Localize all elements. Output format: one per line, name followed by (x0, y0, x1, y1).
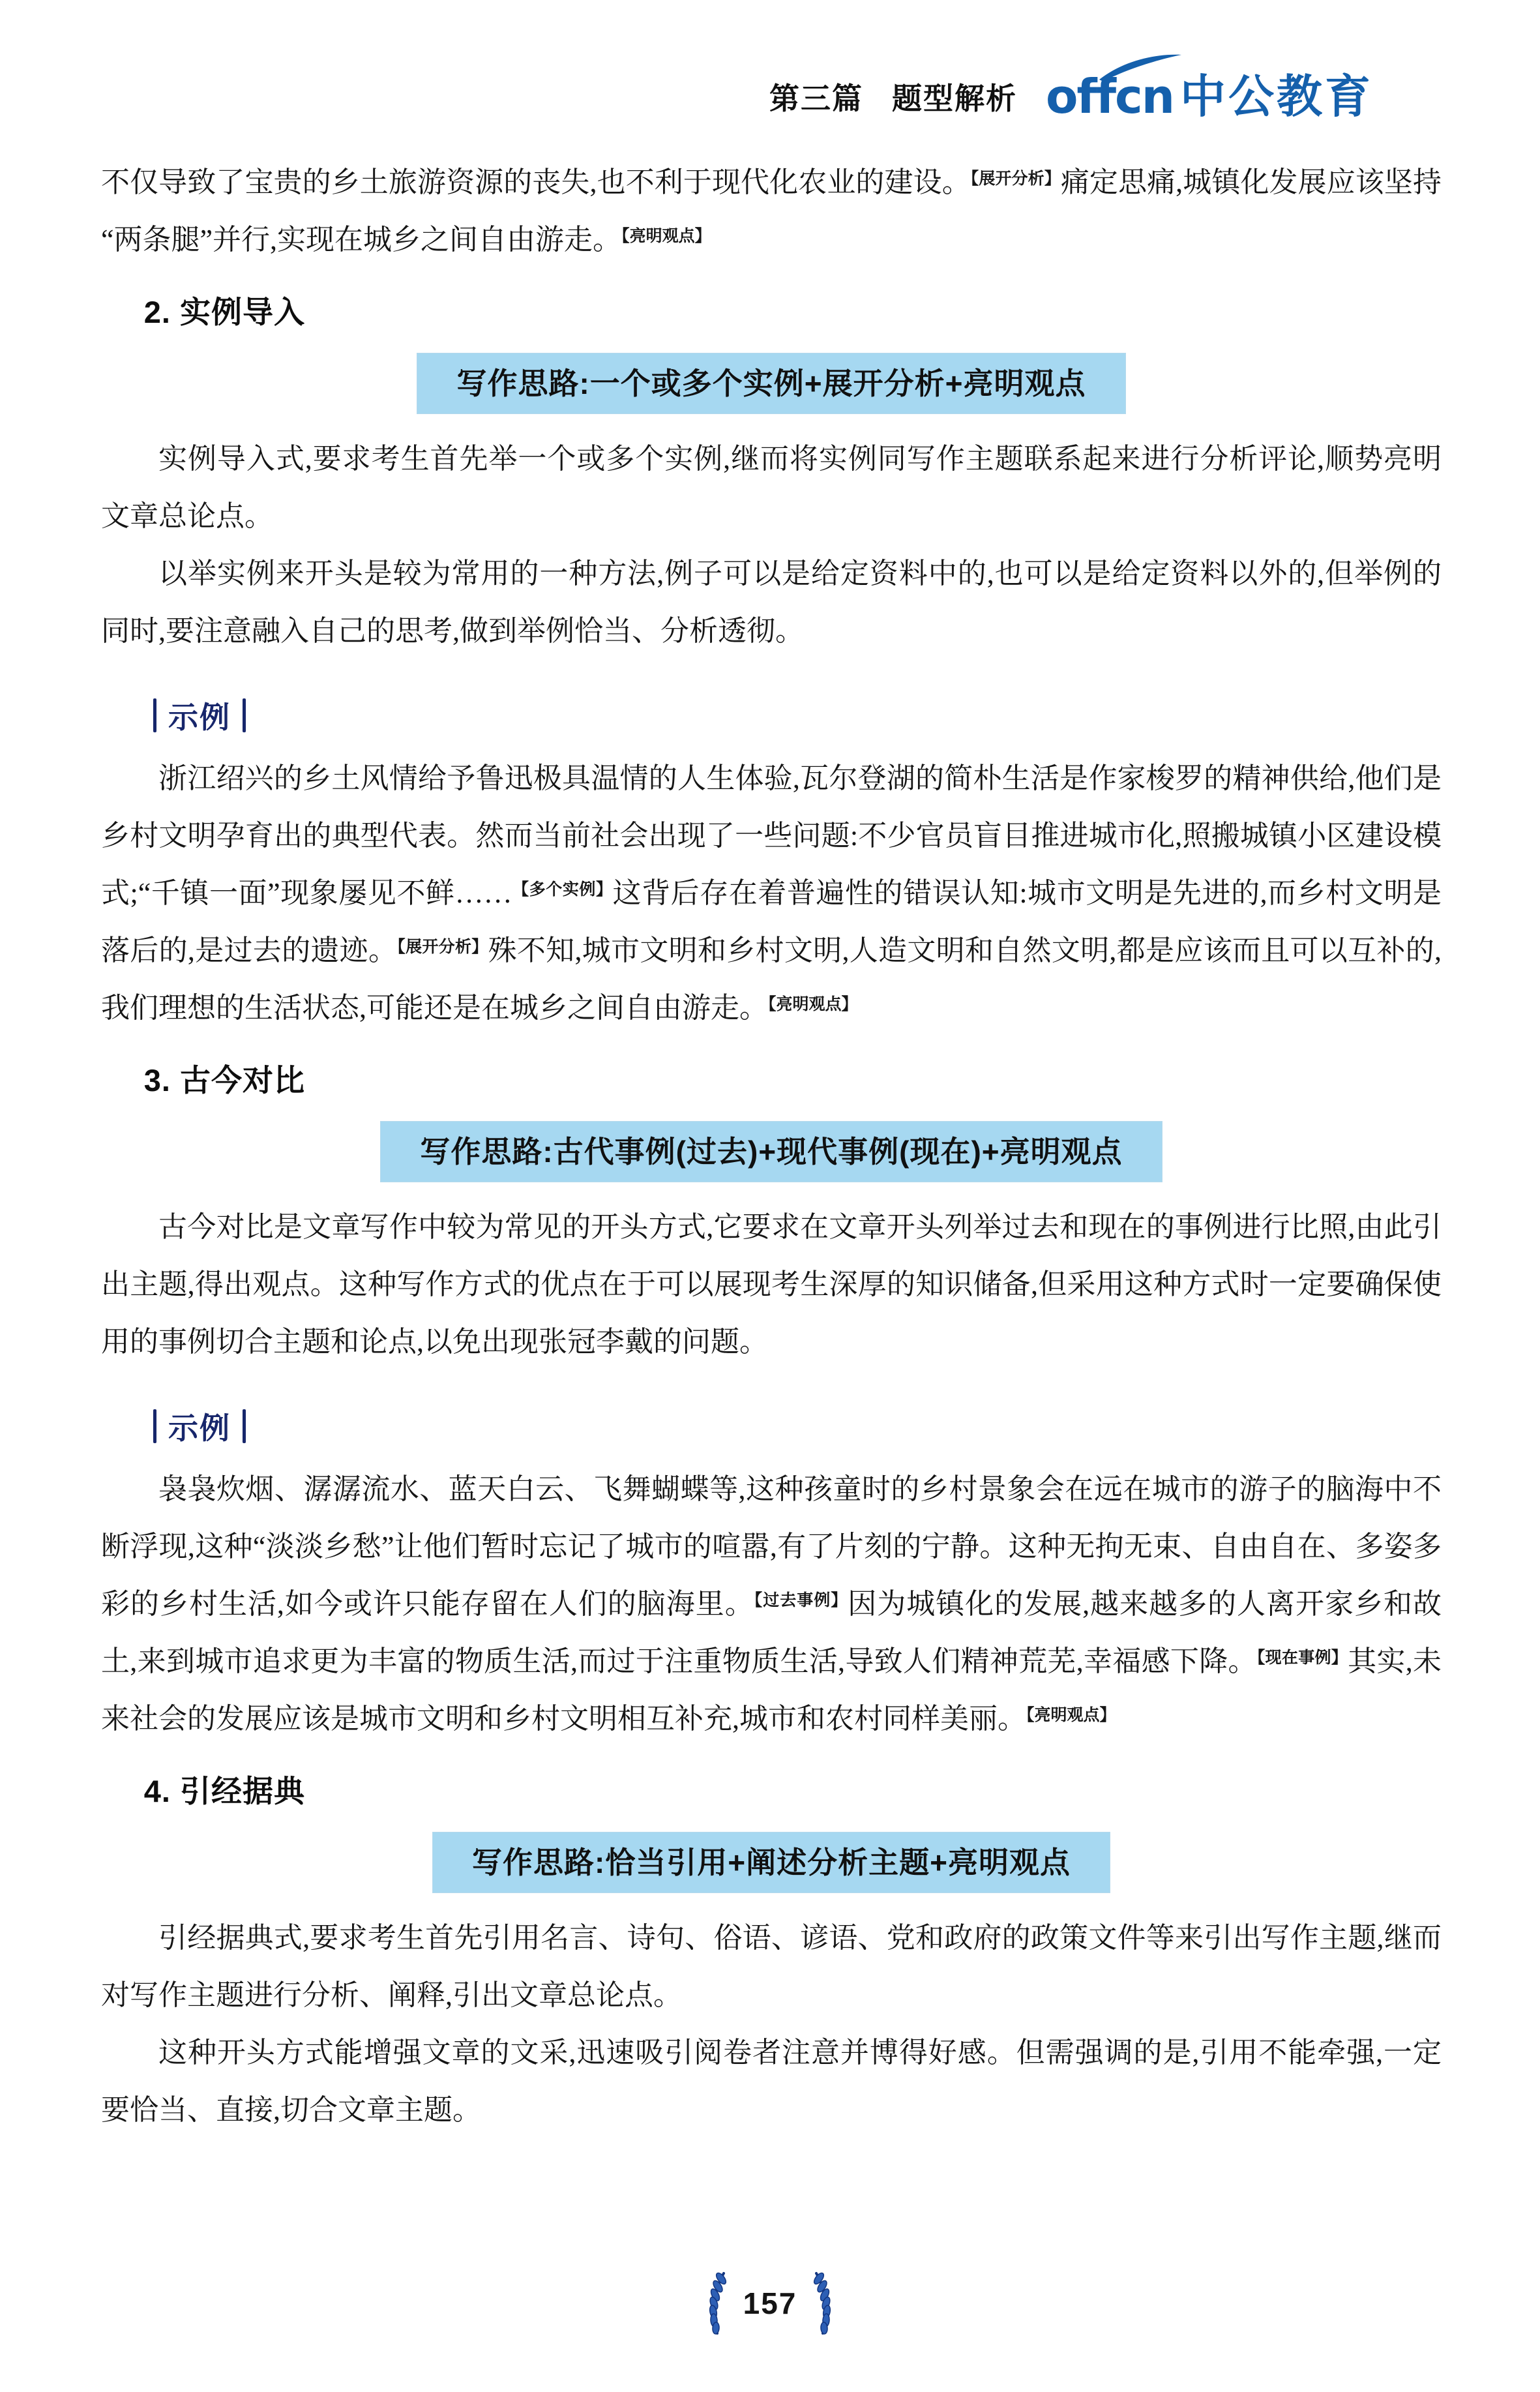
annotation-tag: 【展开分析】 (971, 170, 1061, 188)
section-heading: 2. 实例导入 (101, 291, 1442, 334)
part-label: 第三篇 (769, 75, 863, 118)
label-bar-icon (153, 698, 156, 732)
logo-swoosh-icon (1098, 53, 1183, 82)
annotation-tag: 【现在事例】 (1257, 1649, 1348, 1667)
annotation-tag: 【过去事例】 (754, 1591, 848, 1609)
writing-idea-box: 写作思路:古代事例(过去)+现代事例(现在)+亮明观点 (381, 1122, 1161, 1182)
intro-paragraph: 不仅导致了宝贵的乡土旅游资源的丧失,也不利于现代化农业的建设。【展开分析】痛定思… (101, 154, 1442, 269)
label-bar-icon (243, 698, 246, 732)
label-bar-icon (243, 1409, 246, 1443)
writing-idea-box: 写作思路:一个或多个实例+展开分析+亮明观点 (417, 353, 1125, 413)
example-label: 示例 (141, 1405, 1442, 1448)
paragraph: 实例导入式,要求考生首先举一个或多个实例,继而将实例同写作主题联系起来进行分析评… (101, 430, 1442, 545)
part-title: 题型解析 (892, 75, 1017, 118)
annotation-tag: 【亮明观点】 (768, 995, 858, 1013)
book-page: 第三篇 题型解析 offcn 中公教育 不仅导致了宝贵的乡土旅游资源的丧失,也不… (0, 0, 1540, 2392)
annotation-tag: 【展开分析】 (397, 938, 488, 956)
page-content: 不仅导致了宝贵的乡土旅游资源的丧失,也不利于现代化农业的建设。【展开分析】痛定思… (101, 154, 1442, 2139)
page-footer: 157 (0, 2271, 1540, 2336)
example-label: 示例 (141, 694, 1442, 737)
page-number: 157 (743, 2286, 797, 2321)
example-paragraph: 袅袅炊烟、潺潺流水、蓝天白云、飞舞蝴蝶等,这种孩童时的乡村景象会在远在城市的游子… (101, 1461, 1442, 1748)
laurel-left-icon (702, 2271, 729, 2336)
writing-idea-box: 写作思路:恰当引用+阐述分析主题+亮明观点 (433, 1832, 1110, 1892)
annotation-tag: 【亮明观点】 (1026, 1706, 1116, 1724)
label-bar-icon (153, 1409, 156, 1443)
section-example-intro: 2. 实例导入 写作思路:一个或多个实例+展开分析+亮明观点 实例导入式,要求考… (101, 291, 1442, 1037)
paragraph: 引经据典式,要求考生首先引用名言、诗句、俗语、谚语、党和政府的政策文件等来引出写… (101, 1909, 1442, 2024)
offcn-logo: offcn 中公教育 (1046, 73, 1373, 120)
laurel-right-icon (811, 2271, 838, 2336)
section-heading: 4. 引经据典 (101, 1770, 1442, 1813)
example-paragraph: 浙江绍兴的乡土风情给予鲁迅极具温情的人生体验,瓦尔登湖的简朴生活是作家梭罗的精神… (101, 750, 1442, 1037)
section-past-present: 3. 古今对比 写作思路:古代事例(过去)+现代事例(现在)+亮明观点 古今对比… (101, 1059, 1442, 1748)
offcn-logo-text: offcn (1046, 73, 1174, 120)
page-header: 第三篇 题型解析 offcn 中公教育 (769, 73, 1373, 120)
paragraph: 古今对比是文章写作中较为常见的开头方式,它要求在文章开头列举过去和现在的事例进行… (101, 1199, 1442, 1371)
section-classics-quote: 4. 引经据典 写作思路:恰当引用+阐述分析主题+亮明观点 引经据典式,要求考生… (101, 1770, 1442, 2139)
annotation-tag: 【多个实例】 (512, 880, 613, 899)
offcn-logo-cn: 中公教育 (1180, 74, 1373, 119)
section-heading: 3. 古今对比 (101, 1059, 1442, 1102)
paragraph: 以举实例来开头是较为常用的一种方法,例子可以是给定资料中的,也可以是给定资料以外… (101, 545, 1442, 660)
annotation-tag: 【亮明观点】 (621, 227, 711, 245)
paragraph: 这种开头方式能增强文章的文采,迅速吸引阅卷者注意并博得好感。但需强调的是,引用不… (101, 2024, 1442, 2139)
